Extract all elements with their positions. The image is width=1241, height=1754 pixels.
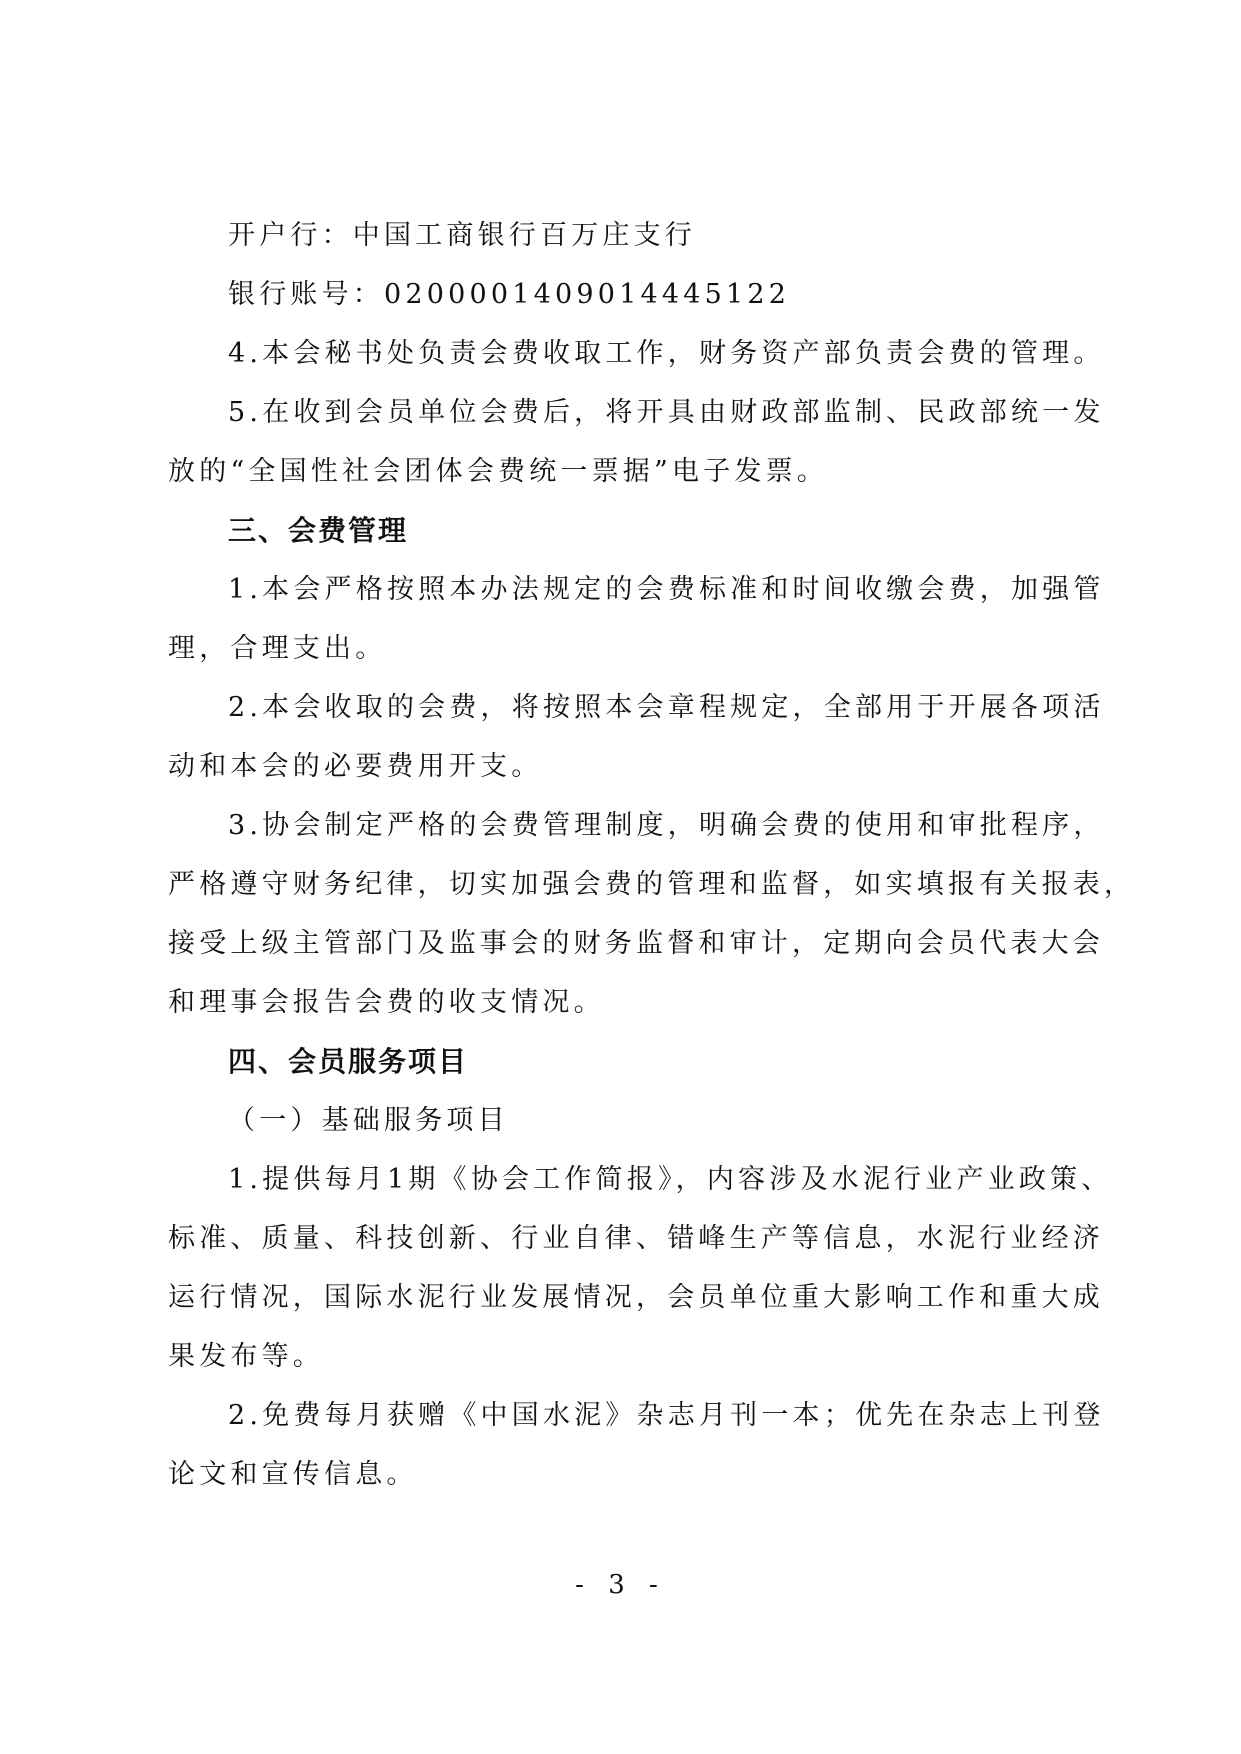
text-line: 动和本会的必要费用开支。	[168, 749, 542, 785]
text-line: 果发布等。	[168, 1339, 324, 1375]
text-line: 和理事会报告会费的收支情况。	[168, 985, 605, 1021]
text-line: 1.提供每月1期《协会工作简报》，内容涉及水泥行业产业政策、	[228, 1162, 1112, 1198]
page-number: - 3 -	[0, 1570, 1241, 1600]
text-line: 运行情况，国际水泥行业发展情况，会员单位重大影响工作和重大成	[168, 1280, 1104, 1316]
text-line: 银行账号：0200001409014445122	[228, 277, 790, 313]
text-line: 论文和宣传信息。	[168, 1457, 418, 1493]
text-line: （一）基础服务项目	[228, 1103, 509, 1139]
text-line: 4.本会秘书处负责会费收取工作，财务资产部负责会费的管理。	[228, 336, 1105, 372]
text-line: 放的“全国性社会团体会费统一票据”电子发票。	[168, 454, 828, 490]
text-line: 严格遵守财务纪律，切实加强会费的管理和监督，如实填报有关报表，	[168, 867, 1135, 903]
text-line: 理，合理支出。	[168, 631, 386, 667]
section-heading: 四、会员服务项目	[228, 1044, 468, 1080]
text-line: 1.本会严格按照本办法规定的会费标准和时间收缴会费，加强管	[228, 572, 1105, 608]
text-line: 开户行：中国工商银行百万庄支行	[228, 218, 696, 254]
section-heading: 三、会费管理	[228, 513, 408, 549]
text-line: 接受上级主管部门及监事会的财务监督和审计，定期向会员代表大会	[168, 926, 1104, 962]
text-line: 3.协会制定严格的会费管理制度，明确会费的使用和审批程序，	[228, 808, 1105, 844]
text-line: 2.本会收取的会费，将按照本会章程规定，全部用于开展各项活	[228, 690, 1105, 726]
document-page: 开户行：中国工商银行百万庄支行银行账号：02000014090144451224…	[0, 0, 1241, 1754]
text-line: 标准、质量、科技创新、行业自律、错峰生产等信息，水泥行业经济	[168, 1221, 1104, 1257]
text-line: 5.在收到会员单位会费后，将开具由财政部监制、民政部统一发	[228, 395, 1105, 431]
text-line: 2.免费每月获赠《中国水泥》杂志月刊一本；优先在杂志上刊登	[228, 1398, 1105, 1434]
